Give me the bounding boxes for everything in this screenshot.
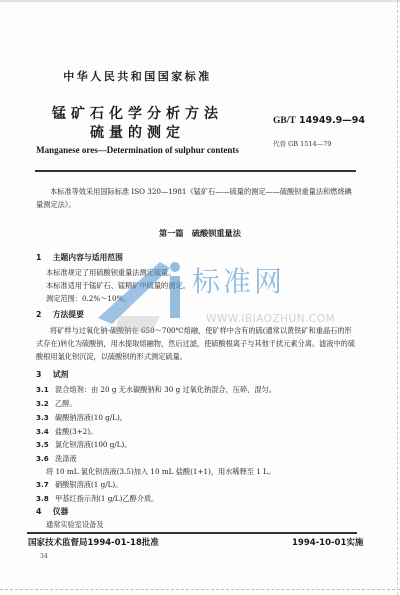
section-title: 主题内容与适用范围 xyxy=(53,253,123,262)
section-number: 1 xyxy=(36,253,50,262)
section-2-paragraph: 将矿样与过氧化钠-碳酸钠在 650～700℃熔融，使矿样中含有的硫(通常以黄铁矿… xyxy=(36,324,358,363)
section-4-line: 通常实验室设备及 xyxy=(46,520,104,530)
item-number: 3.6 xyxy=(36,454,55,463)
item-text: 乙醇。 xyxy=(55,399,77,408)
item-text: 碳酸钠溶液(10 g/L)。 xyxy=(55,413,127,422)
page-number: 34 xyxy=(40,553,48,560)
item-number: 3.5 xyxy=(36,440,55,449)
national-standard-heading: 中华人民共和国国家标准 xyxy=(0,68,275,84)
reagent-item: 3.4盐酸(3+2)。 xyxy=(36,427,97,437)
reagent-item: 3.8甲基红指示剂(1 g/L)乙醇介质。 xyxy=(36,494,158,504)
document-title-line2: 硫量的测定 xyxy=(0,122,275,142)
standard-code: GB/T 14949.9—94 xyxy=(273,115,365,126)
reagent-item: 3.6洗涤液 xyxy=(36,454,77,464)
section-number: 2 xyxy=(36,310,50,319)
reagent-item: 3.7硝酸银溶液(1 g/L)。 xyxy=(36,480,122,490)
section-3-heading: 3 试剂 xyxy=(36,369,68,380)
section-4-title-row: 4 仪器 xyxy=(36,506,68,517)
item-text: 甲基红指示剂(1 g/L)乙醇介质。 xyxy=(55,494,158,503)
item-number: 3.1 xyxy=(36,385,55,394)
item-text: 氯化钡溶液(100 g/L)。 xyxy=(55,440,132,449)
intro-paragraph: 本标准等效采用国际标准 ISO 320—1981《锰矿石——硫量的测定——硫酸钡… xyxy=(36,185,356,211)
scan-edge-top xyxy=(0,0,400,2)
item-text: 硝酸银溶液(1 g/L)。 xyxy=(55,480,122,489)
document-page: 中华人民共和国国家标准 锰矿石化学分析方法 硫量的测定 Manganese or… xyxy=(0,0,400,595)
reagent-item: 3.1混合熔剂：由 20 g 无水碳酸钠和 30 g 过氧化钠混合，压碎，混匀。 xyxy=(36,385,276,395)
section-1-line: 本标准规定了用硫酸钡重量法测定硫量。 xyxy=(46,268,175,278)
section-1-line: 本标准适用于锰矿石、锰精矿中硫量的测定。 xyxy=(46,281,190,291)
item-number: 3.7 xyxy=(36,480,55,489)
watermark-brand: 标准网 xyxy=(192,260,285,300)
footer-divider xyxy=(27,532,357,534)
item-number: 3.4 xyxy=(36,427,55,436)
implementation-date: 1994-10-01实施 xyxy=(292,536,363,548)
section-number: 4 xyxy=(36,507,50,516)
item-text: 盐酸(3+2)。 xyxy=(55,427,97,436)
section-1-heading: 1 主题内容与适用范围 xyxy=(36,252,123,263)
standard-code-prefix: GB/T xyxy=(273,116,296,126)
reagent-item: 3.2乙醇。 xyxy=(36,399,77,409)
part-title: 第一篇 硫酸钡重量法 xyxy=(0,228,400,239)
section-number: 3 xyxy=(36,370,50,379)
section-1-line: 测定范围：0.2%～10%。 xyxy=(46,294,131,304)
item-text: 洗涤液 xyxy=(55,454,77,463)
scan-edge-right xyxy=(396,0,398,595)
item-text: 混合熔剂：由 20 g 无水碳酸钠和 30 g 过氧化钠混合，压碎，混匀。 xyxy=(55,385,276,394)
section-title: 试剂 xyxy=(53,370,69,379)
document-title-english: Manganese ores—Determination of sulphur … xyxy=(0,145,275,155)
reagent-item-detail: 将 10 mL 氯化钡溶液(3.5)加入 10 mL 盐酸(1+1)，用水稀释至… xyxy=(46,467,275,477)
reagent-item: 3.5氯化钡溶液(100 g/L)。 xyxy=(36,440,132,450)
item-number: 3.3 xyxy=(36,413,55,422)
header-divider xyxy=(35,170,356,172)
scan-edge-bottom xyxy=(0,589,400,591)
section-title: 仪器 xyxy=(53,507,69,516)
item-number: 3.8 xyxy=(36,494,55,503)
section-title: 方法提要 xyxy=(53,310,84,319)
standard-code-number: 14949.9—94 xyxy=(299,115,365,126)
item-number: 3.2 xyxy=(36,399,55,408)
replaces-standard: 代替 GB 1514—79 xyxy=(273,139,331,148)
document-title-line1: 锰矿石化学分析方法 xyxy=(0,103,275,123)
reagent-item: 3.3碳酸钠溶液(10 g/L)。 xyxy=(36,413,127,423)
approval-date: 国家技术监督局1994-01-18批准 xyxy=(28,536,159,548)
section-2-heading: 2 方法提要 xyxy=(36,309,84,320)
